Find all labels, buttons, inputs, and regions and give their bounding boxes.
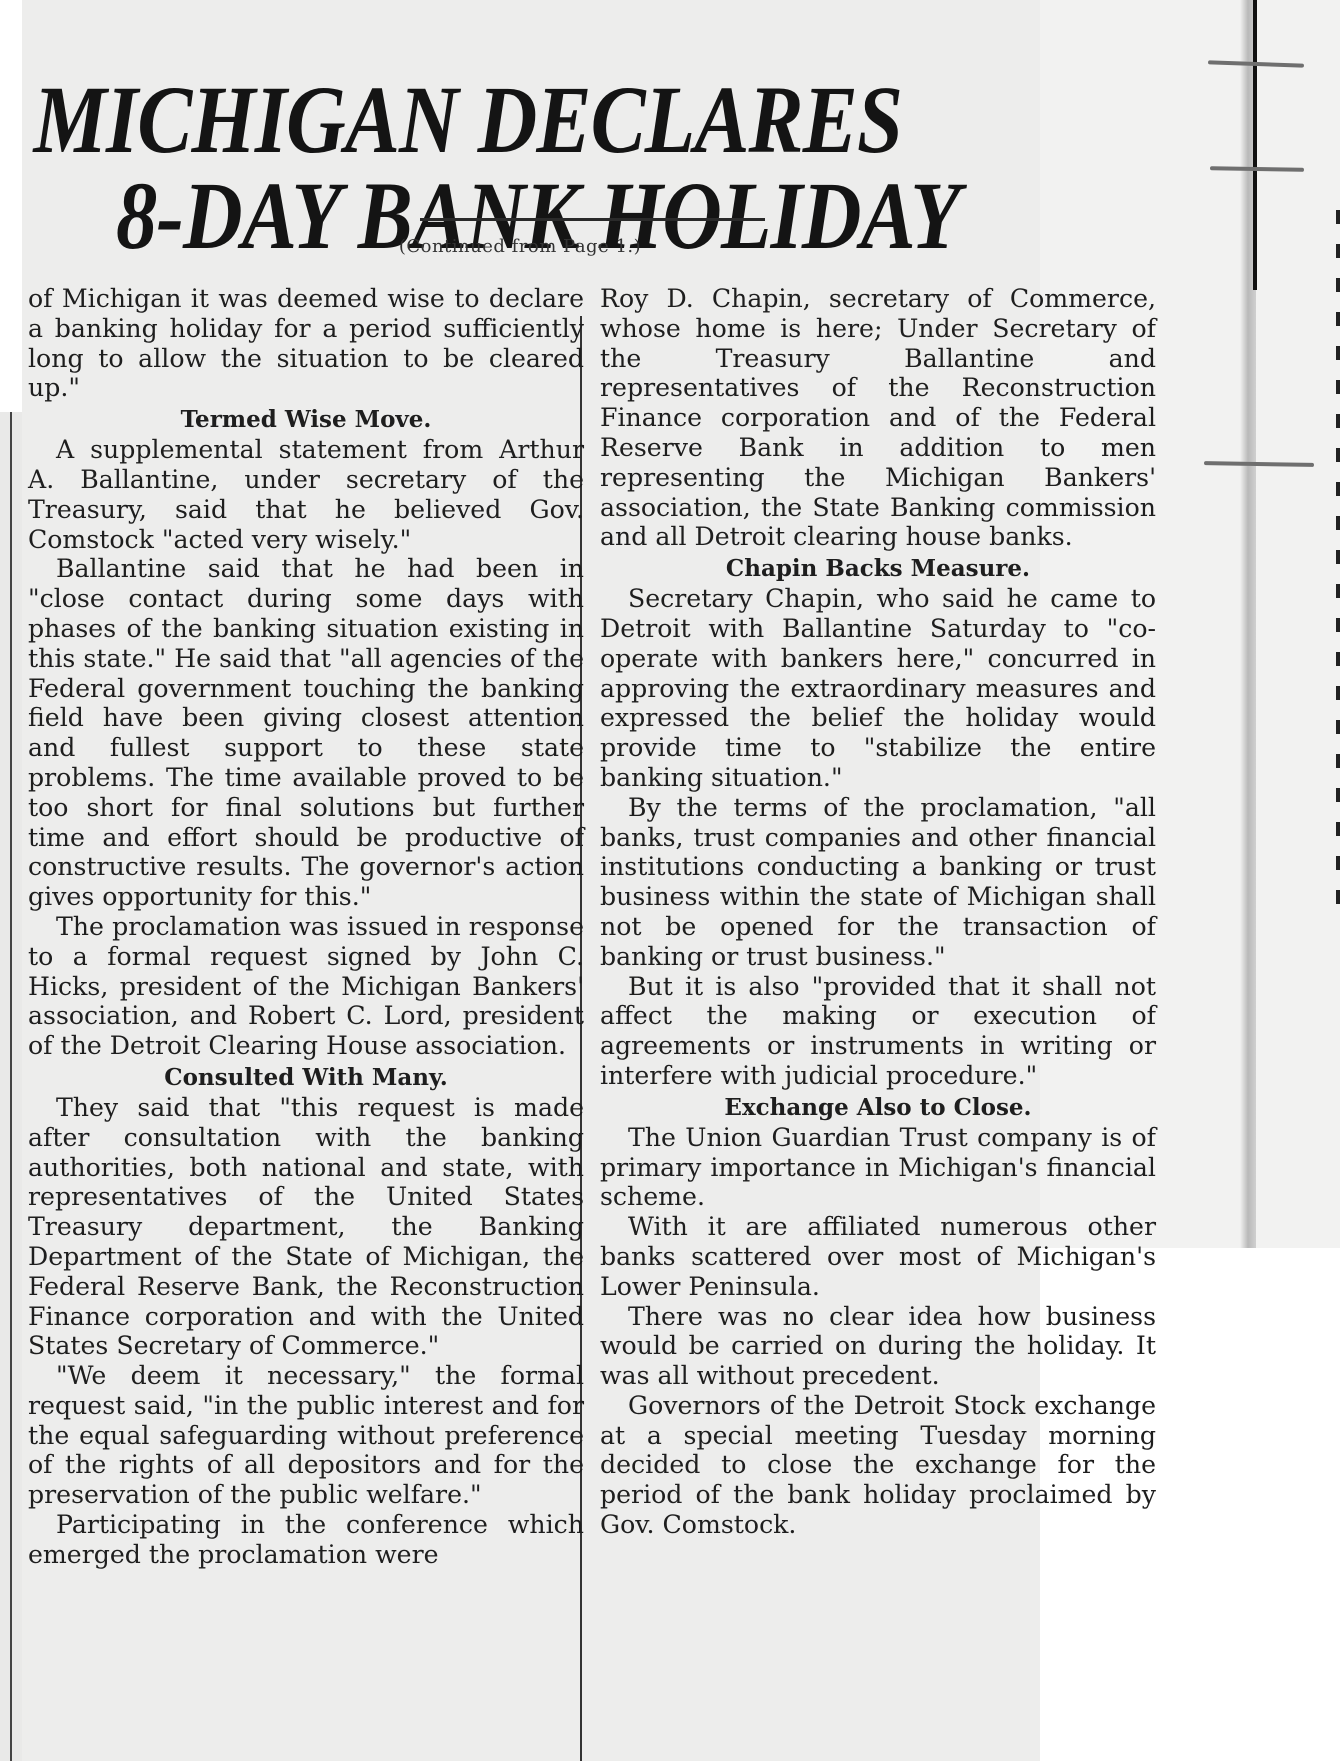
column-rule-left: [10, 412, 12, 1761]
paragraph: But it is also "provided that it shall n…: [600, 972, 1156, 1091]
paragraph: of Michigan it was deemed wise to declar…: [28, 284, 584, 403]
paragraph: "We deem it necessary," the formal reque…: [28, 1361, 584, 1510]
article-column-left: of Michigan it was deemed wise to declar…: [28, 284, 584, 1570]
scan-margin: [1160, 1248, 1340, 1761]
subheading: Termed Wise Move.: [28, 405, 584, 435]
subheading: Chapin Backs Measure.: [600, 554, 1156, 584]
subheading: Consulted With Many.: [28, 1063, 584, 1093]
paragraph: Governors of the Detroit Stock exchange …: [600, 1391, 1156, 1540]
headline-line-1: MICHIGAN DECLARES: [33, 72, 976, 168]
paragraph: Roy D. Chapin, secretary of Commerce, wh…: [600, 284, 1156, 552]
paragraph: Participating in the conference which em…: [28, 1510, 584, 1570]
paragraph: There was no clear idea how business wou…: [600, 1302, 1156, 1391]
paragraph: By the terms of the proclamation, "all b…: [600, 793, 1156, 972]
paragraph: The proclamation was issued in response …: [28, 912, 584, 1061]
adjacent-page-text-edge: [1336, 210, 1340, 910]
subheading: Exchange Also to Close.: [600, 1093, 1156, 1123]
paragraph: Ballantine said that he had been in "clo…: [28, 554, 584, 912]
paragraph: With it are affiliated numerous other ba…: [600, 1212, 1156, 1301]
paragraph: They said that "this request is made aft…: [28, 1093, 584, 1361]
paragraph: Secretary Chapin, who said he came to De…: [600, 584, 1156, 793]
paragraph: The Union Guardian Trust company is of p…: [600, 1123, 1156, 1212]
headline-rule: [420, 218, 765, 221]
page-margin: [0, 0, 22, 412]
article-column-right: Roy D. Chapin, secretary of Commerce, wh…: [600, 284, 1156, 1540]
continued-note: (Continued from Page 1.): [0, 236, 1040, 257]
page-binding-line: [1253, 0, 1257, 290]
paragraph: A supplemental statement from Arthur A. …: [28, 435, 584, 554]
